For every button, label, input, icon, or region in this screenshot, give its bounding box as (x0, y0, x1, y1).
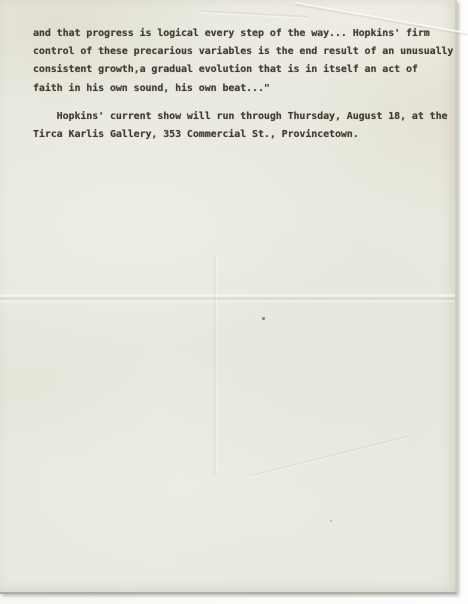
paper-crease-bottom (252, 436, 408, 478)
document-page: and that progress is logical every step … (0, 0, 457, 594)
text-line: and that progress is logical every step … (33, 25, 448, 43)
paper-horizontal-fold-crease (0, 293, 455, 303)
paragraph-quote: and that progress is logical every step … (33, 25, 448, 98)
text-line: faith in his own sound, his own beat..." (33, 80, 448, 98)
paper-speck (262, 317, 265, 320)
paper-vertical-crease (213, 256, 218, 474)
paper-speck-small (330, 520, 332, 522)
text-line: Hopkins' current show will run through T… (33, 108, 448, 126)
paper-crease-top-left (198, 10, 308, 19)
paragraph-show-details: Hopkins' current show will run through T… (33, 108, 448, 144)
text-line: Tirca Karlis Gallery, 353 Commercial St.… (33, 126, 448, 144)
text-line: control of these precarious variables is… (33, 43, 448, 61)
scanner-background: and that progress is logical every step … (0, 0, 468, 604)
typewritten-text-block: and that progress is logical every step … (33, 25, 448, 144)
text-line: consistent growth,a gradual evolution th… (33, 61, 448, 79)
